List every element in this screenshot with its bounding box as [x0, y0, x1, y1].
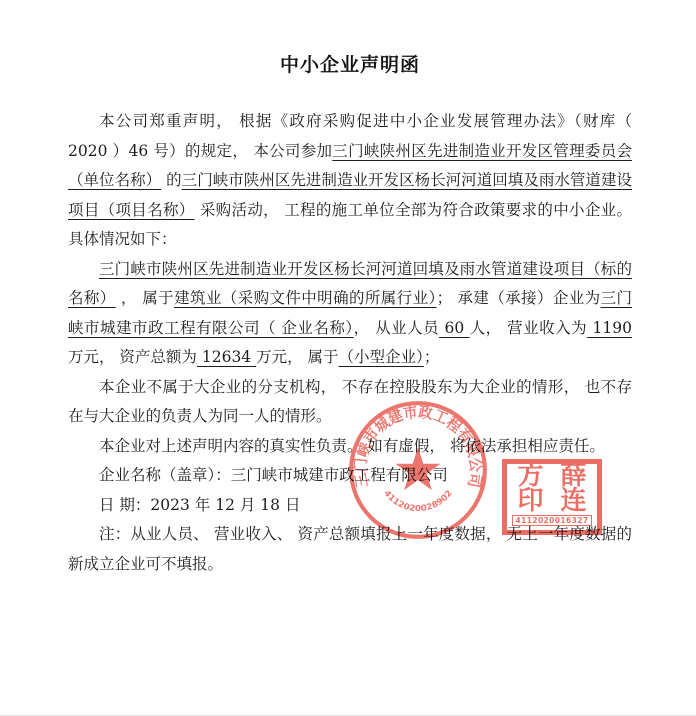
text-run: ， 属于: [116, 289, 174, 307]
declaration-letter: 中小企业声明函 本公司郑重声明， 根据《政府采购促进中小企业发展管理办法》（财库…: [68, 50, 632, 579]
document-page: 中小企业声明函 本公司郑重声明， 根据《政府采购促进中小企业发展管理办法》（财库…: [0, 0, 696, 716]
text-run: ， 从业人员: [354, 319, 439, 337]
text-run: 本企业不属于大企业的分支机构， 不存在控股股东为大企业的情形， 也不存在与大企业…: [68, 378, 632, 426]
underlined-field: 60: [439, 319, 470, 337]
underlined-field: 12634: [197, 348, 256, 366]
paragraph-no-affiliation: 本企业不属于大企业的分支机构， 不存在控股股东为大企业的情形， 也不存在与大企业…: [68, 373, 632, 432]
text-run: 人， 营业收入为: [470, 319, 587, 337]
text-run: ；: [424, 348, 440, 366]
text-run: 注：从业人员、 营业收入、 资产总额填报上一年度数据， 无上一年度数据的新成立企…: [68, 525, 632, 573]
paragraph-intro: 本公司郑重声明， 根据《政府采购促进中小企业发展管理办法》（财库（ 2020 ）…: [68, 107, 632, 255]
underlined-field: 建筑业（采购文件中明确的所属行业）: [174, 289, 437, 307]
underlined-field: （小型企业）: [339, 348, 424, 366]
document-title: 中小企业声明函: [68, 50, 632, 77]
text-run: ； 承建（承接）企业为: [437, 289, 601, 307]
text-run: 企业名称（盖章）：三门峡市城建市政工程有限公司: [99, 466, 448, 484]
paragraph-details: 三门峡市陕州区先进制造业开发区杨长河河道回填及雨水管道建设项目（标的名称） ， …: [68, 255, 632, 373]
underlined-field: 1190: [587, 319, 632, 337]
text-run: 本企业对上述声明内容的真实性负责。 如有虚假， 将依法承担相应责任。: [99, 437, 605, 455]
footnote: 注：从业人员、 营业收入、 资产总额填报上一年度数据， 无上一年度数据的新成立企…: [68, 520, 632, 579]
text-run: 万元， 资产总额为: [68, 348, 197, 366]
text-run: 的: [161, 171, 181, 189]
company-name-line: 企业名称（盖章）：三门峡市城建市政工程有限公司: [68, 461, 632, 491]
text-run: 万元， 属于: [256, 348, 338, 366]
paragraph-responsibility: 本企业对上述声明内容的真实性负责。 如有虚假， 将依法承担相应责任。: [68, 432, 632, 462]
date-line: 日 期：2023 年 12 月 18 日: [68, 491, 632, 521]
text-run: 日 期：2023 年 12 月 18 日: [99, 496, 300, 514]
